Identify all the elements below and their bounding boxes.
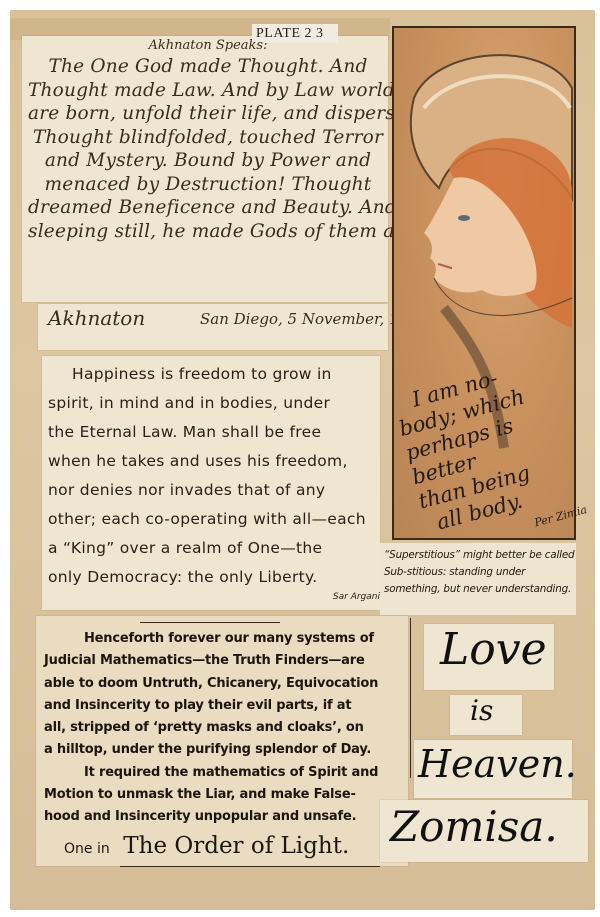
- happiness-line: spirit, in mind and in bodies, under: [48, 389, 388, 418]
- love-word: Love: [440, 624, 547, 675]
- happiness-line: other; each co-operating with all—each: [48, 505, 388, 534]
- divider-rule: [140, 622, 280, 623]
- order-line: Judicial Mathematics—the Truth Finders—a…: [44, 650, 414, 672]
- happiness-line: nor denies nor invades that of any: [48, 476, 388, 505]
- akhnaton-line: The One God made Thought. And: [28, 55, 388, 79]
- akhnaton-line: sleeping still, he made Gods of them all…: [28, 220, 388, 244]
- akhnaton-heading: Akhnaton Speaks:: [28, 38, 388, 53]
- happiness-line: the Eternal Law. Man shall be free: [48, 418, 388, 447]
- akhnaton-line: are born, unfold their life, and dispers…: [28, 102, 388, 126]
- happiness-line: when he takes and uses his freedom,: [48, 447, 388, 476]
- order-line: able to doom Untruth, Chicanery, Equivoc…: [44, 673, 414, 695]
- happiness-line: only Democracy: the only Liberty.: [48, 563, 388, 592]
- superstition-line: “Superstitious” might better be called: [384, 547, 576, 564]
- order-line: Henceforth forever our many systems of: [44, 628, 414, 650]
- akhnaton-line: Thought blindfolded, touched Terror: [28, 126, 388, 150]
- akhnaton-signature: Akhnaton: [48, 306, 145, 330]
- order-line: all, stripped of ‘pretty masks and cloak…: [44, 717, 414, 739]
- order-signature-prefix: One in: [64, 841, 110, 857]
- order-signature: One in The Order of Light.: [44, 833, 414, 859]
- happiness-author: Sar Argani: [333, 592, 380, 602]
- akhnaton-line: dreamed Beneficence and Beauty. And: [28, 196, 388, 220]
- akhnaton-text: Akhnaton Speaks: The One God made Though…: [28, 38, 388, 243]
- order-line: Motion to unmask the Liar, and make Fals…: [44, 784, 414, 806]
- happiness-line: Happiness is freedom to grow in: [48, 360, 388, 389]
- superstition-clipping: “Superstitious” might better be called S…: [380, 543, 576, 615]
- zomisa-word: Zomisa.: [390, 802, 558, 851]
- order-signature-main: The Order of Light.: [123, 833, 349, 859]
- bottom-rule: [120, 866, 380, 867]
- akhnaton-line: Thought made Law. And by Law worlds: [28, 79, 388, 103]
- heaven-word: Heaven.: [418, 742, 577, 786]
- margin-rule: [410, 618, 411, 778]
- superstition-line: something, but never understanding.: [384, 581, 576, 598]
- is-word: is: [470, 694, 493, 727]
- happiness-text: Happiness is freedom to grow in spirit, …: [48, 360, 388, 592]
- order-line: a hilltop, under the purifying splendor …: [44, 739, 414, 761]
- akhnaton-line: menaced by Destruction! Thought: [28, 173, 388, 197]
- order-line: hood and Insincerity unpopular and unsaf…: [44, 806, 414, 828]
- order-text: Henceforth forever our many systems of J…: [44, 628, 414, 859]
- happiness-line: a “King” over a realm of One—the: [48, 534, 388, 563]
- akhnaton-line: and Mystery. Bound by Power and: [28, 149, 388, 173]
- order-line: and Insincerity to play their evil parts…: [44, 695, 414, 717]
- superstition-line: Sub-stitious: standing under: [384, 564, 576, 581]
- order-line: It required the mathematics of Spirit an…: [44, 762, 414, 784]
